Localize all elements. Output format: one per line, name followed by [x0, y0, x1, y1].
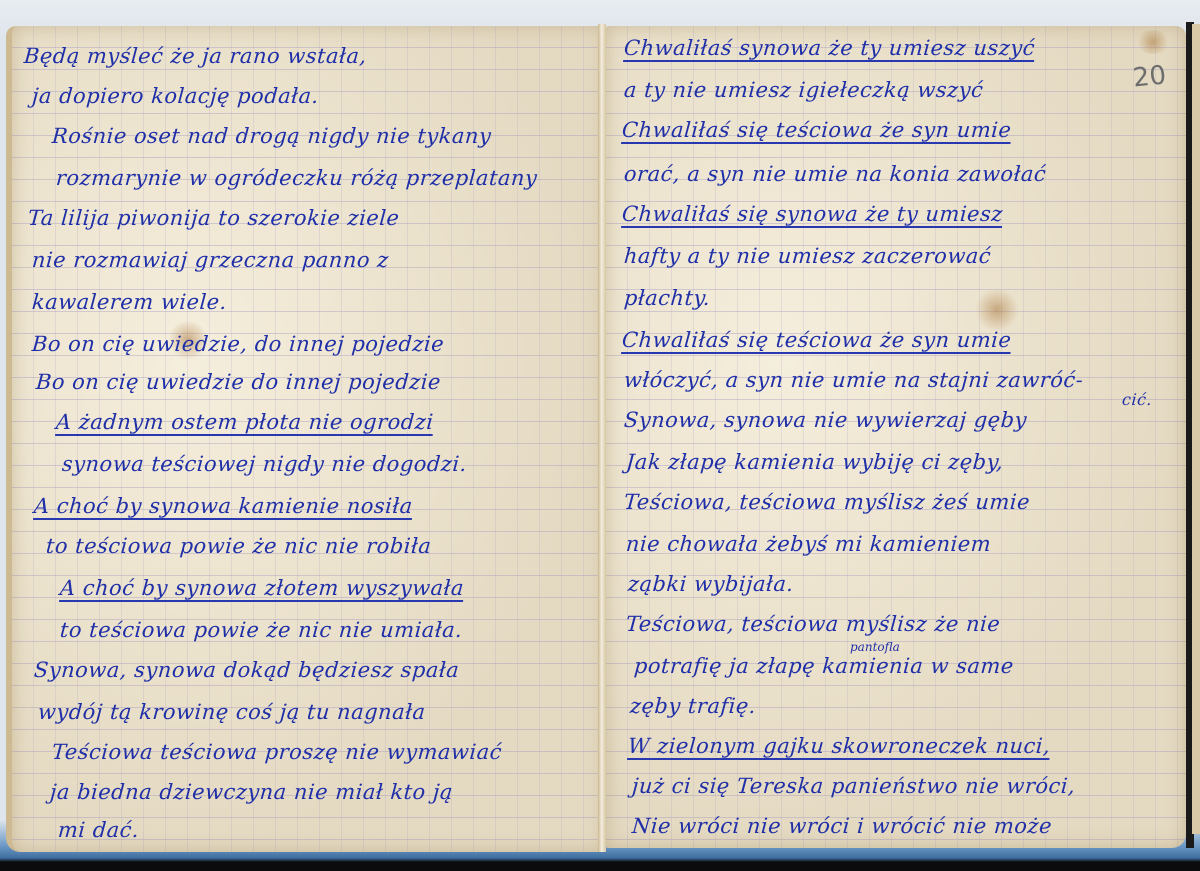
right-line-16: potrafię ja złapę kamienia w same [633, 654, 1015, 678]
notebook-spine [598, 24, 606, 852]
right-line-6: hafty a ty nie umiesz zaczerować [623, 244, 992, 268]
left-line-6: nie rozmawiaj grzeczna panno z [31, 248, 390, 272]
right-line-9: włóczyć, a syn nie umie na stajni zawróć… [623, 368, 1084, 392]
right-page [606, 26, 1186, 848]
right-line-2: a ty nie umiesz igiełeczką wszyć [623, 78, 984, 102]
left-line-2: ja dopiero kolację podała. [31, 84, 319, 108]
left-line-5: Ta lilija piwonija to szerokie ziele [27, 206, 400, 230]
right-line-11: Jak złapę kamienia wybiję ci zęby, [625, 450, 1004, 474]
left-line-19: ja biedna dziewczyna nie miał kto ją [49, 780, 454, 804]
right-line-15: Teściowa, teściowa myślisz że nie [625, 612, 1001, 636]
right-line-12: Teściowa, teściowa myślisz żeś umie [623, 490, 1031, 514]
left-line-13: to teściowa powie że nic nie robiła [45, 534, 432, 558]
notebook-scan: 20 Będą myśleć że ja rano wstała, ja dop… [0, 0, 1200, 871]
right-line-13: nie chowała żebyś mi kamieniem [625, 532, 992, 556]
right-line-3: Chwaliłaś się teściowa że syn umie [621, 118, 1012, 142]
left-page [6, 26, 604, 852]
left-line-18: Teściowa teściowa proszę nie wymawiać [51, 740, 503, 764]
right-line-18: W zielonym gajku skowroneczek nuci, [627, 734, 1051, 758]
right-line-5: Chwaliłaś się synowa że ty umiesz [621, 202, 1004, 226]
left-line-11: synowa teściowej nigdy nie dogodzi. [61, 452, 468, 476]
right-line-17: zęby trafię. [629, 694, 757, 718]
right-line-19: już ci się Tereska panieństwo nie wróci, [631, 774, 1076, 798]
right-line-20: Nie wróci nie wróci i wrócić nie może [631, 814, 1053, 838]
next-page-edge [1192, 24, 1200, 834]
left-line-12: A choć by synowa kamienie nosiła [33, 494, 413, 518]
left-line-7: kawalerem wiele. [31, 290, 228, 314]
left-line-4: rozmarynie w ogródeczku różą przeplatany [55, 166, 538, 190]
right-line-4: orać, a syn nie umie na konia zawołać [623, 162, 1047, 186]
right-line-1: Chwaliłaś synowa że ty umiesz uszyć [623, 36, 1036, 60]
right-line-8: Chwaliłaś się teściowa że syn umie [621, 328, 1012, 352]
left-line-3: Rośnie oset nad drogą nigdy nie tykany [51, 124, 492, 148]
right-line-14: ząbki wybijała. [627, 572, 794, 596]
left-line-15: to teściowa powie że nic nie umiała. [59, 618, 463, 642]
left-line-17: wydój tą krowinę coś ją tu nagnała [37, 700, 426, 724]
ink-stain [1135, 30, 1171, 54]
right-line-10: Synowa, synowa nie wywierzaj gęby [623, 408, 1028, 432]
left-line-8: Bo on cię uwiedzie, do innej pojedzie [31, 332, 445, 356]
left-line-16: Synowa, synowa dokąd będziesz spała [33, 658, 460, 682]
left-line-14: A choć by synowa złotem wyszywała [59, 576, 465, 600]
left-line-10: A żadnym ostem płota nie ogrodzi [55, 410, 434, 434]
ink-stain [975, 288, 1019, 332]
left-line-20: mi dać. [57, 818, 140, 842]
right-line-9-continuation: cić. [1121, 390, 1152, 409]
left-line-1: Będą myśleć że ja rano wstała, [23, 44, 367, 68]
right-line-7: płachty. [623, 286, 711, 310]
page-number: 20 [1132, 60, 1168, 93]
left-line-9: Bo on cię uwiedzie do innej pojedzie [35, 370, 442, 394]
correction-note: pantofla [850, 640, 900, 654]
